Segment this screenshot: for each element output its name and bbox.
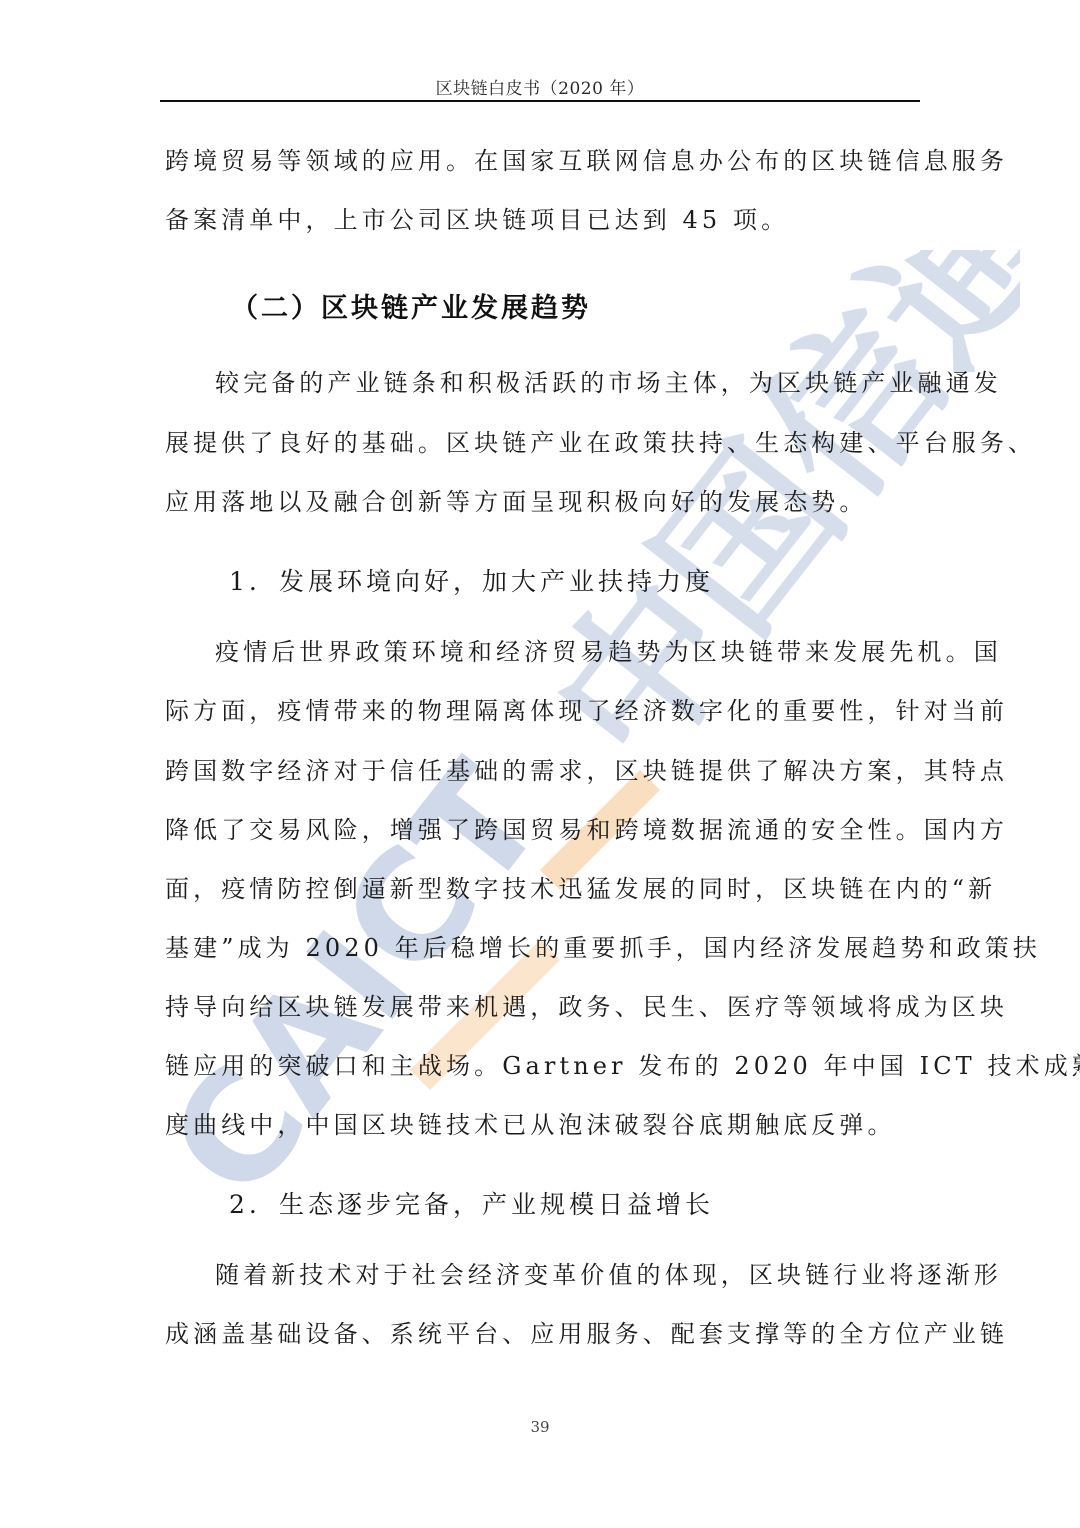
paragraph-line: 较完备的产业链条和积极活跃的市场主体，为区块链产业融通发 (215, 368, 1002, 398)
paragraph-line: 跨国数字经济对于信任基础的需求，区块链提供了解决方案，其特点 (165, 756, 1008, 786)
svg-text:I: I (275, 901, 446, 1052)
section-heading: （二）区块链产业发展趋势 (231, 286, 591, 325)
paragraph-line: 际方面，疫情带来的物理隔离体现了经济数字化的重要性，针对当前 (165, 696, 1008, 726)
running-header: 区块链白皮书（2020 年） (160, 74, 920, 99)
paragraph-line: 备案清单中，上市公司区块链项目已达到 45 项。 (165, 205, 789, 235)
caict-watermark: CA I CT 中国信通院 (120, 250, 1020, 1250)
paragraph-line: 降低了交易风险，增强了跨国贸易和跨境数据流通的安全性。国内方 (165, 815, 1008, 845)
paragraph-line: 随着新技术对于社会经济变革价值的体现，区块链行业将逐渐形 (215, 1260, 1002, 1290)
header-rule (160, 100, 920, 102)
subsection-heading-2: 2.生态逐步完备，产业规模日益增长 (229, 1185, 714, 1221)
paragraph-line: 成涵盖基础设备、系统平台、应用服务、配套支撑等的全方位产业链 (165, 1319, 1008, 1349)
paragraph-line: 跨境贸易等领域的应用。在国家互联网信息办公布的区块链信息服务 (165, 146, 1008, 176)
subsection-number: 1. (229, 567, 279, 596)
document-page: 区块链白皮书（2020 年） CA I CT 中国信通院 (0, 0, 1080, 1528)
paragraph-line: 展提供了良好的基础。区块链产业在政策扶持、生态构建、平台服务、 (165, 428, 1036, 458)
page-number: 39 (0, 1418, 1080, 1436)
subsection-heading-1: 1.发展环境向好，加大产业扶持力度 (229, 562, 714, 598)
paragraph-line: 链应用的突破口和主战场。Gartner 发布的 2020 年中国 ICT 技术成… (165, 1051, 1080, 1081)
subsection-title: 生态逐步完备，产业规模日益增长 (279, 1190, 714, 1219)
paragraph-line: 应用落地以及融合创新等方面呈现积极向好的发展态势。 (165, 487, 868, 517)
subsection-title: 发展环境向好，加大产业扶持力度 (279, 567, 714, 596)
subsection-number: 2. (229, 1190, 279, 1219)
watermark-logo-icon: CA I CT 中国信通院 (120, 250, 1020, 1250)
paragraph-line: 面，疫情防控倒逼新型数字技术迅猛发展的同时，区块链在内的“新 (165, 874, 996, 904)
paragraph-line: 基建”成为 2020 年后稳增长的重要抓手，国内经济发展趋势和政策扶 (165, 933, 1041, 963)
paragraph-line: 持导向给区块链发展带来机遇，政务、民生、医疗等领域将成为区块 (165, 992, 1008, 1022)
paragraph-line: 疫情后世界政策环境和经济贸易趋势为区块链带来发展先机。国 (215, 637, 1002, 667)
paragraph-line: 度曲线中，中国区块链技术已从泡沫破裂谷底期触底反弹。 (165, 1110, 896, 1140)
